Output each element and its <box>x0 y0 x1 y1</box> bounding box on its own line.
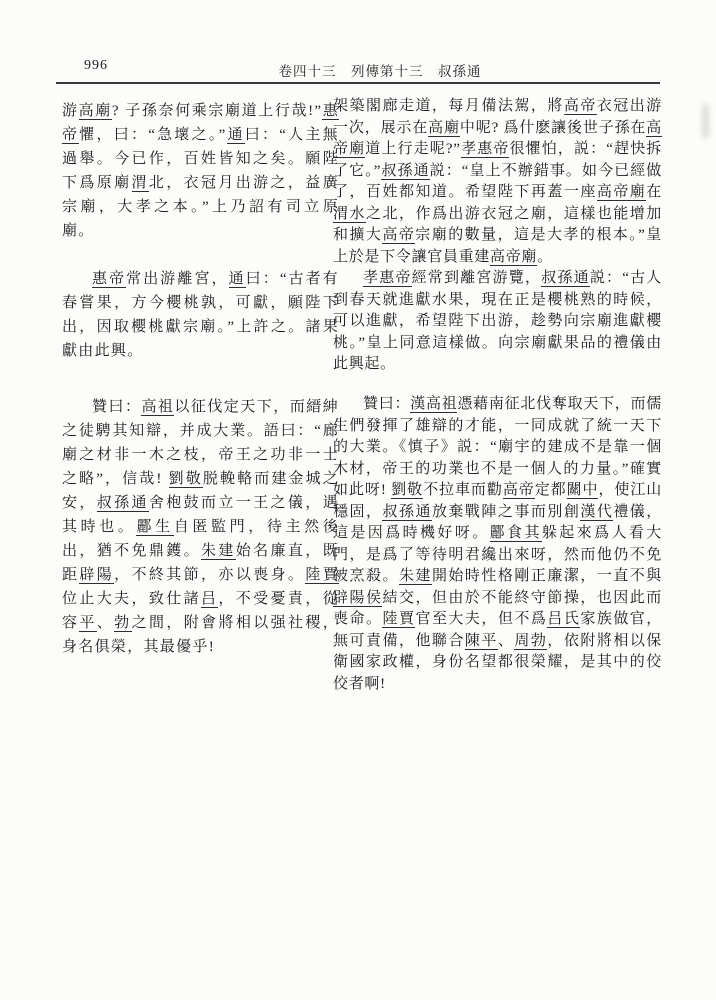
paragraph: 架築閣廊走道，每月備法駕，將高帝衣冠出游一次，展示在高廟中呢? 爲什麽讓後世子孫… <box>333 96 662 268</box>
proper-noun-underlined: 吕氏 <box>547 611 580 628</box>
proper-noun-underlined: 酈食其 <box>490 525 542 542</box>
proper-noun-underlined: 朱建 <box>399 568 432 585</box>
text-run: 贊曰： <box>363 396 410 412</box>
proper-noun-underlined: 孝惠帝 <box>363 270 412 287</box>
proper-noun-underlined: 渭水 <box>333 206 366 223</box>
proper-noun-underlined: 高帝廟 <box>597 184 646 201</box>
text-run: ，不終其節，亦以喪身。 <box>114 567 305 583</box>
text-run: 放棄戰陣之事而別創 <box>432 504 580 520</box>
proper-noun-underlined: 叔孫通 <box>541 270 590 287</box>
proper-noun-underlined: 劉敬 <box>391 482 423 499</box>
text-run: 位止大夫，致仕諸 <box>62 591 201 607</box>
text-run: 常出游離宮， <box>126 271 228 287</box>
text-run: 架築閣廊走道，每月備法駕，將 <box>333 98 564 114</box>
translation-text-column: 架築閣廊走道，每月備法駕，將高帝衣冠出游一次，展示在高廟中呢? 爲什麽讓後世子孫… <box>333 0 662 1000</box>
paragraph: 贊曰：高祖以征伐定天下，而縉紳之徒騁其知辯，并成大業。語曰：“廊廟之材非一木之枝… <box>62 395 339 659</box>
proper-noun-underlined: 高祖 <box>141 399 174 416</box>
text-run: 游 <box>62 103 79 119</box>
text-run: 懼，曰：“急壞之。” <box>79 127 226 143</box>
text-run: 道上行走呢?” <box>365 141 460 157</box>
text-run: 開始時性格剛正廉潔，一直不與 <box>432 568 662 584</box>
proper-noun-underlined: 關中 <box>567 482 599 499</box>
proper-noun-underlined: 酈生 <box>136 519 173 536</box>
text-run: 中呢? 爲什麽讓後世子孫在 <box>460 120 646 136</box>
proper-noun-underlined: 叔孫通 <box>382 504 431 521</box>
proper-noun-underlined: 高帝 <box>382 227 415 244</box>
paragraph: 贊曰：漢高祖憑藉南征北伐奪取天下，而儒生們發揮了雄辯的才能，一同成就了統一天下的… <box>333 394 662 695</box>
text-run: ? 子孫奈何乘宗廟道上行哉!” <box>112 103 322 119</box>
text-run: 官至大夫，但不爲 <box>415 611 547 627</box>
proper-noun-underlined: 周勃 <box>514 633 547 650</box>
original-text-column: 游高廟? 子孫奈何乘宗廟道上行哉!”惠帝懼，曰：“急壞之。”通曰：“人主無過舉。… <box>62 0 339 1000</box>
proper-noun-underlined: 辟陽 <box>79 567 114 584</box>
proper-noun-underlined: 惠帝 <box>92 271 126 288</box>
proper-noun-underlined: 通 <box>227 127 245 144</box>
proper-noun-underlined: 漢代 <box>580 504 613 521</box>
proper-noun-underlined: 高帝廟 <box>490 249 537 266</box>
proper-noun-underlined: 渭 <box>132 175 149 192</box>
proper-noun-underlined: 叔孫通 <box>381 163 430 180</box>
proper-noun-underlined: 朱建 <box>201 543 236 560</box>
proper-noun-underlined: 辟陽侯 <box>333 590 382 607</box>
proper-noun-underlined: 陸賈 <box>382 611 415 628</box>
proper-noun-underlined: 勃 <box>114 615 131 632</box>
text-run: 不拉車而勸 <box>423 482 503 498</box>
proper-noun-underlined: 陳平 <box>465 633 498 650</box>
scan-artifact <box>702 104 709 138</box>
book-page: 996 卷四十三 列傳第十三 叔孫通 游高廟? 子孫奈何乘宗廟道上行哉!”惠帝懼… <box>0 0 716 1000</box>
text-run: 定都 <box>535 482 567 498</box>
proper-noun-underlined: 通 <box>229 271 246 288</box>
text-run: 贊曰： <box>92 399 141 415</box>
text-run: 在 <box>646 184 662 200</box>
proper-noun-underlined: 高帝 <box>503 482 535 499</box>
proper-noun-underlined: 劉敬 <box>169 471 203 488</box>
proper-noun-underlined: 漢高祖 <box>410 396 457 413</box>
paragraph: 孝惠帝經常到離宮游覽，叔孫通説：“古人到春天就進獻水果，現在正是櫻桃熟的時候，可… <box>333 268 662 376</box>
text-run: 、 <box>97 615 114 631</box>
proper-noun-underlined: 高帝 <box>564 98 597 115</box>
proper-noun-underlined: 吕 <box>201 591 218 608</box>
proper-noun-underlined: 平 <box>79 615 96 632</box>
paragraph: 惠帝常出游離宮，通曰：“古者有春嘗果，方今櫻桃孰，可獻，願陛下出，因取櫻桃獻宗廟… <box>62 267 339 363</box>
proper-noun-underlined: 高廟 <box>428 120 460 137</box>
text-run: 。 <box>537 249 553 265</box>
text-run: 、 <box>498 633 515 649</box>
text-run: 經常到離宮游覽， <box>412 270 542 286</box>
proper-noun-underlined: 叔孫通 <box>97 495 149 512</box>
paragraph: 游高廟? 子孫奈何乘宗廟道上行哉!”惠帝懼，曰：“急壞之。”通曰：“人主無過舉。… <box>62 99 339 243</box>
proper-noun-underlined: 孝惠帝 <box>461 141 510 158</box>
proper-noun-underlined: 高廟 <box>79 103 112 120</box>
